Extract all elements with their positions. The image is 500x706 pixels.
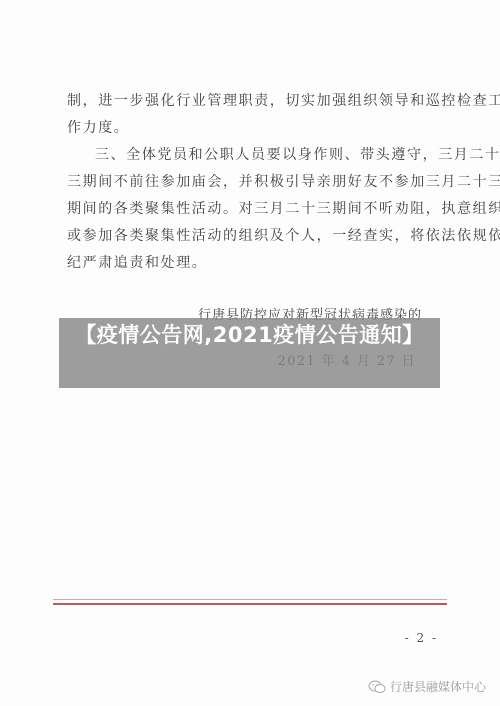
- body-line: 制，进一步强化行业管理职责，切实加强组织领导和巡控检查工: [67, 88, 437, 115]
- footer-rule-thick: [53, 603, 447, 605]
- footer-rule-thin: [53, 599, 447, 600]
- overlay-title: 【疫情公告网,2021疫情公告通知】: [65, 322, 434, 349]
- page-number: - 2 -: [405, 631, 438, 645]
- body-line: 期间的各类聚集性活动。对三月二十三期间不听劝阻，执意组织: [67, 196, 437, 223]
- document-page: 制，进一步强化行业管理职责，切实加强组织领导和巡控检查工 作力度。 三、全体党员…: [0, 0, 500, 706]
- body-line: 三期间不前往参加庙会，并积极引导亲朋好友不参加三月二十三: [67, 169, 437, 196]
- body-line: 或参加各类聚集性活动的组织及个人，一经查实，将依法依规依: [67, 223, 437, 250]
- watermark-source-name: 行唐县融媒体中心: [390, 678, 486, 695]
- body-line: 作力度。: [67, 115, 437, 142]
- wechat-icon: [368, 680, 386, 694]
- body-line: 三、全体党员和公职人员要以身作则、带头遵守，三月二十: [67, 142, 437, 169]
- body-line: 纪严肃追责和处理。: [67, 250, 437, 277]
- document-body: 制，进一步强化行业管理职责，切实加强组织领导和巡控检查工 作力度。 三、全体党员…: [67, 88, 437, 277]
- source-watermark: 行唐县融媒体中心: [368, 678, 486, 695]
- title-overlay-banner: 【疫情公告网,2021疫情公告通知】: [59, 318, 440, 388]
